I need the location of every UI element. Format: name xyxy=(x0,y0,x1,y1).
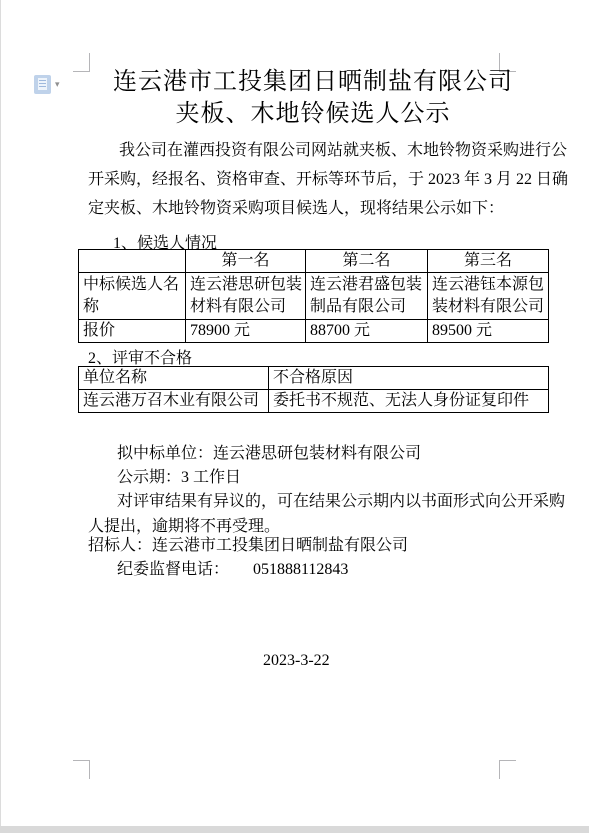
table-row: 报价 78900 元 88700 元 89500 元 xyxy=(79,320,549,343)
table-cell: 78900 元 xyxy=(186,320,306,343)
chevron-down-icon[interactable]: ▾ xyxy=(55,80,60,89)
table-row: 第一名 第二名 第三名 xyxy=(79,250,549,273)
section2-heading: 2、评审不合格 xyxy=(88,345,192,368)
table-cell xyxy=(79,250,186,273)
candidates-table: 第一名 第二名 第三名 中标候选人名称 连云港思研包装材料有限公司 连云港君盛包… xyxy=(78,249,549,343)
table-cell: 连云港思研包装材料有限公司 xyxy=(186,273,306,320)
title-line-2: 夹板、木地铃候选人公示 xyxy=(78,98,548,130)
clipboard-paste-icon xyxy=(34,75,51,94)
publicity-period-line: 公示期：3 工作日 xyxy=(117,464,241,487)
table-cell: 中标候选人名称 xyxy=(79,273,186,320)
page-bottom-edge xyxy=(0,826,589,833)
table-cell: 88700 元 xyxy=(306,320,428,343)
table-row: 单位名称 不合格原因 xyxy=(79,367,549,390)
fail-table: 单位名称 不合格原因 连云港万召木业有限公司 委托书不规范、无法人身份证复印件 xyxy=(78,366,549,413)
phone-number: 051888112843 xyxy=(253,561,348,578)
table-cell: 委托书不规范、无法人身份证复印件 xyxy=(269,390,549,413)
paste-options-button[interactable]: ▾ xyxy=(34,75,60,94)
document-date: 2023-3-22 xyxy=(263,652,330,670)
tenderer-line: 招标人：连云港市工投集团日晒制盐有限公司 xyxy=(88,532,408,555)
table-cell: 第一名 xyxy=(186,250,306,273)
table-row: 中标候选人名称 连云港思研包装材料有限公司 连云港君盛包装制品有限公司 连云港钰… xyxy=(79,273,549,320)
winner-line: 拟中标单位：连云港思研包装材料有限公司 xyxy=(117,440,421,463)
table-cell: 第二名 xyxy=(306,250,428,273)
table-cell: 不合格原因 xyxy=(269,367,549,390)
table-cell: 报价 xyxy=(79,320,186,343)
table-cell: 连云港钰本源包装材料有限公司 xyxy=(428,273,549,320)
text-boundary-corner-bottom-right xyxy=(499,760,516,779)
supervision-phone-line: 纪委监督电话：051888112843 xyxy=(117,556,348,579)
text-boundary-corner-bottom-left xyxy=(73,760,90,779)
document-title: 连云港市工投集团日晒制盐有限公司 夹板、木地铃候选人公示 xyxy=(78,66,548,130)
table-cell: 第三名 xyxy=(428,250,549,273)
intro-line: 开采购，经报名、资格审查、开标等环节后，于 2023 年 3 月 22 日确 xyxy=(88,165,568,194)
phone-label: 纪委监督电话： xyxy=(117,561,229,578)
table-cell: 连云港君盛包装制品有限公司 xyxy=(306,273,428,320)
page-left-edge xyxy=(0,0,1,833)
table-cell: 89500 元 xyxy=(428,320,549,343)
intro-line: 我公司在灌西投资有限公司网站就夹板、木地铃物资采购进行公 xyxy=(88,136,568,165)
intro-paragraph: 我公司在灌西投资有限公司网站就夹板、木地铃物资采购进行公 开采购，经报名、资格审… xyxy=(88,136,568,223)
objection-line: 对评审结果有异议的，可在结果公示期内以书面形式向公开采购 xyxy=(117,488,565,511)
title-line-1: 连云港市工投集团日晒制盐有限公司 xyxy=(78,66,548,98)
document-page: { "icons": { "paste_options": "clipboard… xyxy=(0,0,589,833)
table-row: 连云港万召木业有限公司 委托书不规范、无法人身份证复印件 xyxy=(79,390,549,413)
table-cell: 连云港万召木业有限公司 xyxy=(79,390,269,413)
table-cell: 单位名称 xyxy=(79,367,269,390)
intro-line: 定夹板、木地铃物资采购项目候选人，现将结果公示如下： xyxy=(88,194,568,223)
